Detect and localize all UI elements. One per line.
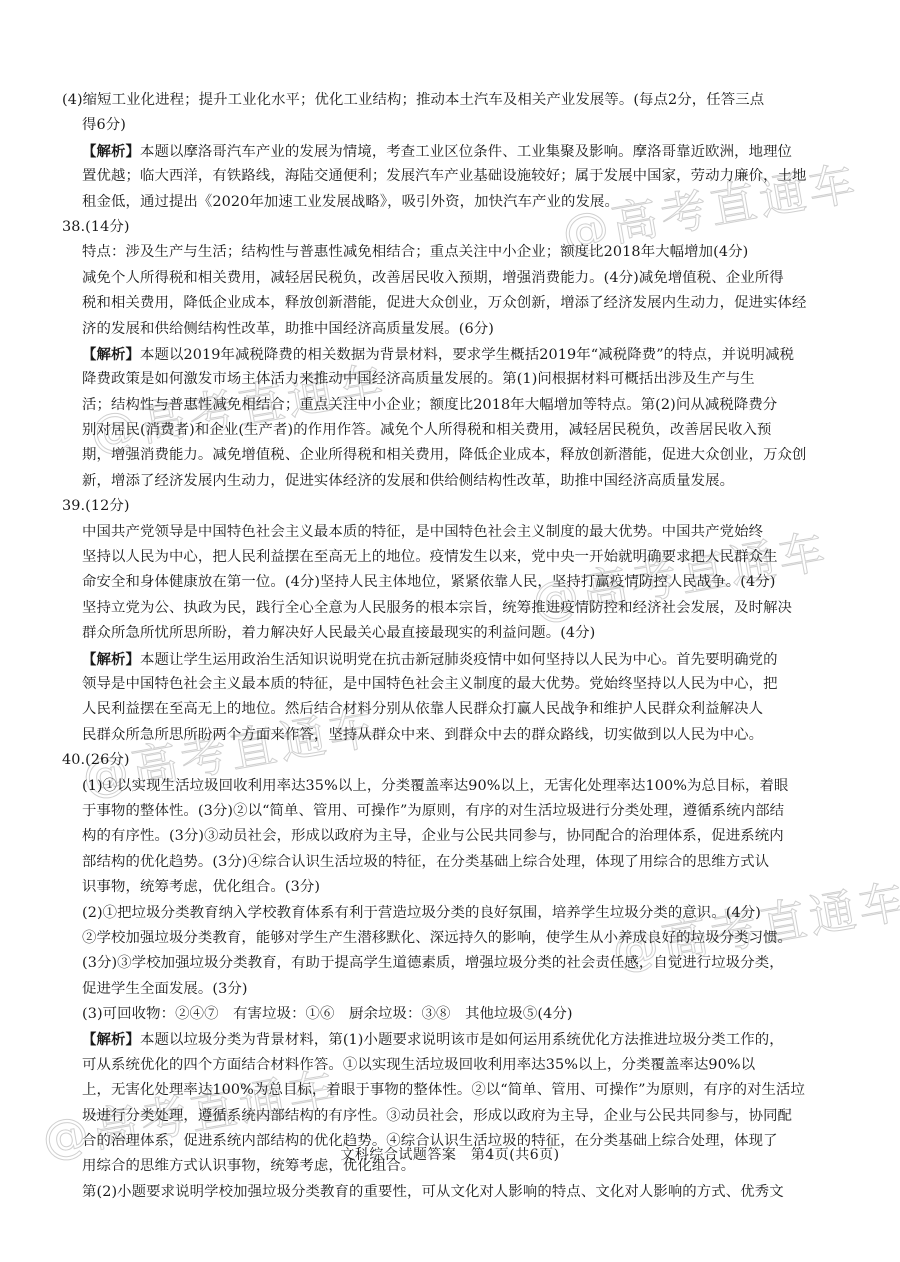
answer-content: (4)缩短工业化进程；提升工业化水平；优化工业结构；推动本土汽车及相关产业发展等… (62, 88, 840, 1205)
analysis-tag: 【解析】 (82, 346, 140, 363)
text-line: 中国共产党领导是中国特色社会主义最本质的特征，是中国特色社会主义制度的最大优势。… (62, 520, 840, 545)
text-line: 民群众所急所思所盼两个方面来作答，坚持从群众中来、到群众中去的群众路线，切实做到… (62, 723, 840, 748)
text-line: (2)①把垃圾分类教育纳入学校教育体系有利于营造垃圾分类的良好氛围，培养学生垃圾… (62, 901, 840, 926)
analysis-q40: 【解析】本题以垃圾分类为背景材料，第(1)小题要求说明该市是如何运用系统优化方法… (62, 1027, 840, 1205)
text-line: 圾进行分类处理，遵循系统内部结构的有序性。③动员社会，形成以政府为主导，企业与公… (62, 1104, 840, 1129)
question-number-40: 40.(26分) (62, 748, 840, 773)
answer-q39: 中国共产党领导是中国特色社会主义最本质的特征，是中国特色社会主义制度的最大优势。… (62, 520, 840, 647)
text-line: 人民利益摆在至高无上的地位。然后结合材料分别从依靠人民群众打赢人民战争和维护人民… (62, 697, 840, 722)
text-line: 降费政策是如何激发市场主体活力来推动中国经济高质量发展的。第(1)问根据材料可概… (62, 367, 840, 392)
text-line: (4)缩短工业化进程；提升工业化水平；优化工业结构；推动本土汽车及相关产业发展等… (62, 88, 840, 113)
text-line: (1)①以实现生活垃圾回收利用率达35%以上，分类覆盖率达90%以上，无害化处理… (62, 774, 840, 799)
text-line: 期，增强消费能力。减免增值税、企业所得税和相关费用，降低企业成本，释放创新潜能，… (62, 443, 840, 468)
text-line: 坚持立党为公、执政为民，践行全心全意为人民服务的根本宗旨，统筹推进疫情防控和经济… (62, 596, 840, 621)
text-line: 于事物的整体性。(3分)②以“简单、管用、可操作”为原则，有序的对生活垃圾进行分… (62, 799, 840, 824)
text-line: 租金低，通过提出《2020年加速工业发展战略》，吸引外资，加快汽车产业的发展。 (62, 190, 840, 215)
analysis-q38: 【解析】本题以2019年减税降费的相关数据为背景材料，要求学生概括2019年“减… (62, 342, 840, 494)
text-line: 税和相关费用，降低企业成本，释放创新潜能，促进大众创业，万众创新，增添了经济发展… (62, 291, 840, 316)
analysis-tag: 【解析】 (82, 143, 140, 160)
text-line: 活；结构性与普惠性减免相结合；重点关注中小企业；额度比2018年大幅增加等特点。… (62, 393, 840, 418)
question-number-38: 38.(14分) (62, 215, 840, 240)
answer-q38: 特点：涉及生产与生活；结构性与普惠性减免相结合；重点关注中小企业；额度比2018… (62, 240, 840, 342)
text-line: 特点：涉及生产与生活；结构性与普惠性减免相结合；重点关注中小企业；额度比2018… (62, 240, 840, 265)
text-line: 构的有序性。(3分)③动员社会，形成以政府为主导，企业与公民共同参与，协同配合的… (62, 824, 840, 849)
text-line: 济的发展和供给侧结构性改革，助推中国经济高质量发展。(6分) (62, 317, 840, 342)
text-line: 本题让学生运用政治生活知识说明党在抗击新冠肺炎疫情中如何坚持以人民为中心。首先要… (140, 652, 778, 668)
answer-sheet-page: @高考直通车 @高考直通车 @高考直通车 @高考直通车 @高考直通车 @高考直通… (0, 0, 900, 1262)
analysis-q37: 【解析】本题以摩洛哥汽车产业的发展为情境，考查工业区位条件、工业集聚及影响。摩洛… (62, 139, 840, 215)
text-line: 新，增添了经济发展内生动力，促进实体经济的发展和供给侧结构性改革，助推中国经济高… (62, 469, 840, 494)
text-line: 促进学生全面发展。(3分) (62, 977, 840, 1002)
text-line: 坚持以人民为中心，把人民利益摆在至高无上的地位。疫情发生以来，党中央一开始就明确… (62, 545, 840, 570)
text-line: 别对居民(消费者)和企业(生产者)的作用作答。减免个人所得税和相关费用，减轻居民… (62, 418, 840, 443)
text-line: (3分)③学校加强垃圾分类教育，有助于提高学生道德素质，增强垃圾分类的社会责任感… (62, 951, 840, 976)
text-line: (3)可回收物：②④⑦ 有害垃圾：①⑥ 厨余垃圾：③⑧ 其他垃圾⑤(4分) (62, 1002, 840, 1027)
text-line: 上，无害化处理率达100%为总目标，着眼于事物的整体性。②以“简单、管用、可操作… (62, 1078, 840, 1103)
text-line: 得6分) (62, 113, 840, 138)
text-line: 本题以垃圾分类为背景材料，第(1)小题要求说明该市是如何运用系统优化方法推进垃圾… (140, 1032, 784, 1048)
text-line: 本题以摩洛哥汽车产业的发展为情境，考查工业区位条件、工业集聚及影响。摩洛哥靠近欧… (140, 144, 792, 160)
text-line: 部结构的优化趋势。(3分)④综合认识生活垃圾的特征，在分类基础上综合处理，体现了… (62, 850, 840, 875)
text-line: 领导是中国特色社会主义最本质的特征，是中国特色社会主义制度的最大优势。党始终坚持… (62, 672, 840, 697)
answer-q37-part4: (4)缩短工业化进程；提升工业化水平；优化工业结构；推动本土汽车及相关产业发展等… (62, 88, 840, 139)
page-footer: 文科综合试题答案 第4页(共6页) (0, 1144, 900, 1164)
text-line: 识事物，统筹考虑，优化组合。(3分) (62, 875, 840, 900)
analysis-tag: 【解析】 (82, 651, 140, 668)
answer-q40: (1)①以实现生活垃圾回收利用率达35%以上，分类覆盖率达90%以上，无害化处理… (62, 774, 840, 1028)
text-line: 可从系统优化的四个方面结合材料作答。①以实现生活垃圾回收利用率达35%以上，分类… (62, 1053, 840, 1078)
text-line: 减免个人所得税和相关费用，减轻居民税负，改善居民收入预期，增强消费能力。(4分)… (62, 266, 840, 291)
text-line: 本题以2019年减税降费的相关数据为背景材料，要求学生概括2019年“减税降费”… (140, 347, 794, 363)
question-number-39: 39.(12分) (62, 494, 840, 519)
text-line: 置优越；临大西洋，有铁路线，海陆交通便利；发展汽车产业基础设施较好；属于发展中国… (62, 164, 840, 189)
text-line: 命安全和身体健康放在第一位。(4分)坚持人民主体地位，紧紧依靠人民，坚持打赢疫情… (62, 570, 840, 595)
text-line: 第(2)小题要求说明学校加强垃圾分类教育的重要性，可从文化对人影响的特点、文化对… (62, 1180, 840, 1205)
analysis-q39: 【解析】本题让学生运用政治生活知识说明党在抗击新冠肺炎疫情中如何坚持以人民为中心… (62, 647, 840, 749)
text-line: 群众所急所忧所思所盼，着力解决好人民最关心最直接最现实的利益问题。(4分) (62, 621, 840, 646)
analysis-tag: 【解析】 (82, 1031, 140, 1048)
text-line: ②学校加强垃圾分类教育，能够对学生产生潜移默化、深远持久的影响，使学生从小养成良… (62, 926, 840, 951)
